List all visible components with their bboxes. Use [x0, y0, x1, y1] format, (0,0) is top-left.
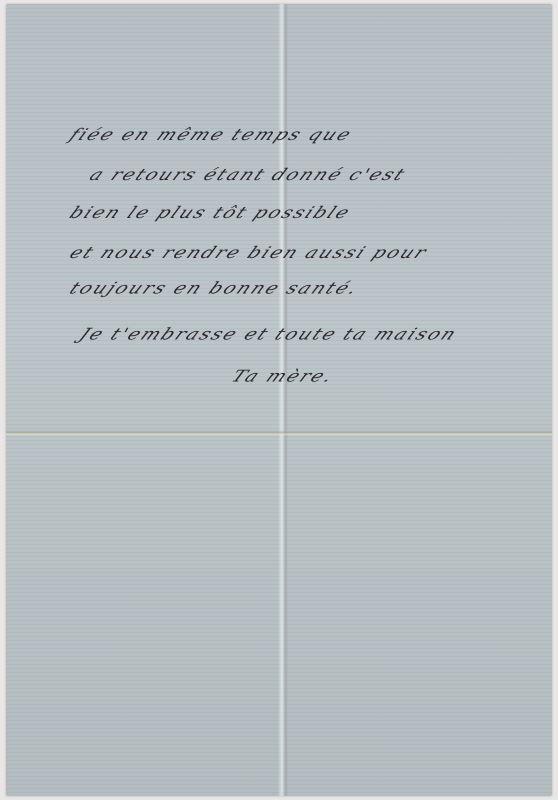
signature: Ta mère.: [228, 367, 338, 386]
text-line-1: fiée en même temps que: [66, 125, 356, 144]
closing-line: Je t'embrasse et toute ta maison: [76, 325, 461, 344]
text-line-2: a retours étant donné c'est: [86, 165, 410, 184]
handwritten-text: fiée en même temps que a retours étant d…: [6, 4, 552, 796]
letter-page: fiée en même temps que a retours étant d…: [6, 4, 552, 796]
text-line-4: et nous rendre bien aussi pour: [66, 243, 432, 262]
text-line-5: toujours en bonne santé.: [66, 279, 363, 298]
text-line-3: bien le plus tôt possible: [66, 203, 355, 222]
